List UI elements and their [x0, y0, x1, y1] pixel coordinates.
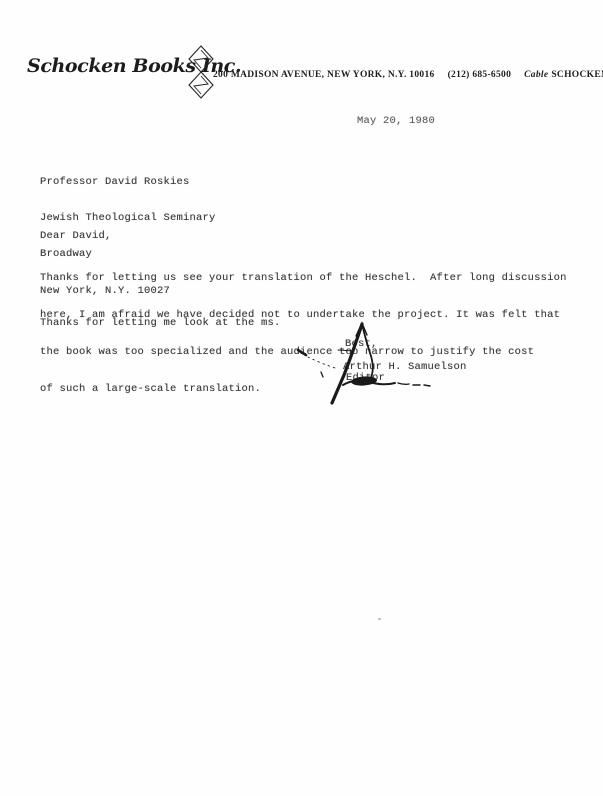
handwritten-signature [293, 315, 443, 410]
letter-date: May 20, 1980 [357, 115, 435, 127]
recipient-line: Professor David Roskies [40, 176, 216, 188]
company-cable: CableSCHOCKENUS [524, 70, 603, 80]
scan-speck [378, 618, 381, 620]
company-phone: (212) 685-6500 [448, 70, 512, 80]
schocken-cubes-logo-icon [188, 45, 214, 99]
body-line: Thanks for letting us see your translati… [40, 272, 567, 285]
letter-page: Schocken Books Inc. 200 MADISON AVENUE, … [0, 0, 603, 796]
company-address: 200 MADISON AVENUE, NEW YORK, N.Y. 10016 [213, 70, 435, 80]
closing-line: Thanks for letting me look at the ms. [40, 317, 281, 329]
recipient-line: Jewish Theological Seminary [40, 212, 216, 224]
letterhead-contact-line: 200 MADISON AVENUE, NEW YORK, N.Y. 10016… [213, 70, 603, 80]
cable-value: SCHOCKENUS [551, 70, 603, 80]
cable-label: Cable [524, 70, 548, 80]
salutation: Dear David, [40, 230, 112, 242]
